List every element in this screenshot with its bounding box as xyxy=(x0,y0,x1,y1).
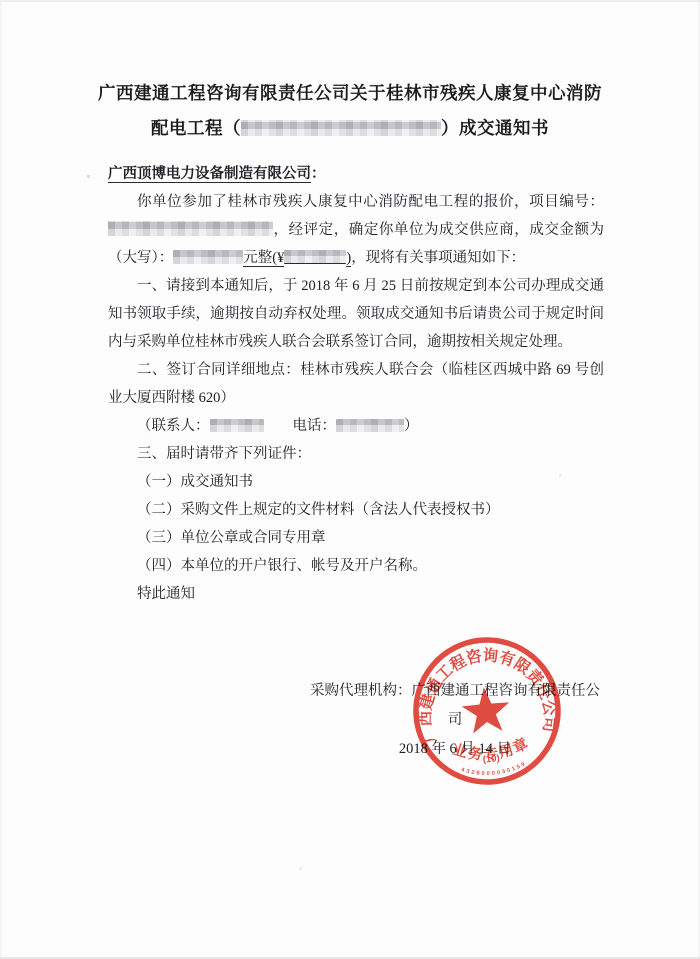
scan-speckles xyxy=(0,0,1,1)
text-run: 元整(¥ xyxy=(243,250,284,267)
notice-paragraph: （联系人： 电话：） xyxy=(108,412,604,440)
redacted-text xyxy=(108,221,273,236)
notice-paragraph: （二）采购文件上规定的文件材料（含法人代表授权书） xyxy=(108,496,604,524)
text-run: （二）采购文件上规定的文件材料（含法人代表授权书） xyxy=(137,502,500,518)
text-run: ） xyxy=(404,418,419,434)
document-title: 广西建通工程咨询有限责任公司关于桂林市残疾人康复中心消防 配电工程（）成交通知书 xyxy=(40,76,660,146)
notice-paragraph: （一）成交通知书 xyxy=(108,468,604,496)
text-run: ）成交通知书 xyxy=(441,118,549,138)
stamp-star-icon xyxy=(460,685,511,734)
redacted-text xyxy=(336,419,404,432)
redacted-text xyxy=(210,419,264,432)
notice-paragraph: 特此通知 xyxy=(108,580,604,608)
text-run: 电话： xyxy=(264,418,337,434)
notice-content: 广西顶博电力设备制造有限公司： 你单位参加了桂林市残疾人康复中心消防配电工程的报… xyxy=(108,160,604,608)
scanned-notice-page: 广西建通工程咨询有限责任公司关于桂林市残疾人康复中心消防 配电工程（）成交通知书… xyxy=(0,0,700,959)
doc-title-line1: 广西建通工程咨询有限责任公司关于桂林市残疾人康复中心消防 xyxy=(40,76,660,111)
text-run: 特此通知 xyxy=(137,586,195,602)
text-run: 一、请接到本通知后，于 2018 年 6 月 25 日前按规定到本公司办理成交通… xyxy=(108,278,604,350)
text-run: 配电工程（ xyxy=(151,118,241,138)
recipient-name: 广西顶博电力设备制造有限公司 xyxy=(108,166,311,183)
notice-paragraph: 二、签订合同详细地点：桂林市残疾人联合会（临桂区西城中路 69 号创业大厦西附楼… xyxy=(108,356,604,412)
stamp-number: (10) xyxy=(482,753,500,765)
text-run: ，现将有关事项通知如下： xyxy=(351,250,525,266)
redacted-text xyxy=(284,250,346,264)
notice-paragraph: （三）单位公章或合同专用章 xyxy=(108,524,604,552)
redacted-text xyxy=(241,120,441,136)
text-run: （联系人： xyxy=(137,418,210,434)
recipient-line: 广西顶博电力设备制造有限公司： xyxy=(108,160,604,188)
text-run: 二、签订合同详细地点：桂林市残疾人联合会（临桂区西城中路 69 号创业大厦西附楼… xyxy=(108,362,604,406)
text-run: 你单位参加了桂林市残疾人康复中心消防配电工程的报价，项目编号： xyxy=(137,194,604,210)
recipient-colon: ： xyxy=(311,166,326,182)
notice-body: 你单位参加了桂林市残疾人康复中心消防配电工程的报价，项目编号：，经评定，确定你单… xyxy=(108,188,604,608)
text-run: （三）单位公章或合同专用章 xyxy=(137,530,326,546)
text-run: （四）本单位的开户银行、帐号及开户名称。 xyxy=(137,558,427,574)
redacted-text xyxy=(173,250,243,264)
notice-paragraph: 三、届时请带齐下列证件： xyxy=(108,440,604,468)
company-seal-stamp: 广西建通工程咨询有限责任公司 业务专用章 (10) 4326000030159 xyxy=(402,626,574,798)
notice-paragraph: 一、请接到本通知后，于 2018 年 6 月 25 日前按规定到本公司办理成交通… xyxy=(108,272,604,356)
notice-paragraph: （四）本单位的开户银行、帐号及开户名称。 xyxy=(108,552,604,580)
notice-paragraph: 你单位参加了桂林市残疾人康复中心消防配电工程的报价，项目编号：，经评定，确定你单… xyxy=(108,188,604,272)
text-run: （一）成交通知书 xyxy=(137,474,253,490)
text-run: 三、届时请带齐下列证件： xyxy=(137,446,311,462)
doc-title-line2: 配电工程（）成交通知书 xyxy=(40,111,660,146)
